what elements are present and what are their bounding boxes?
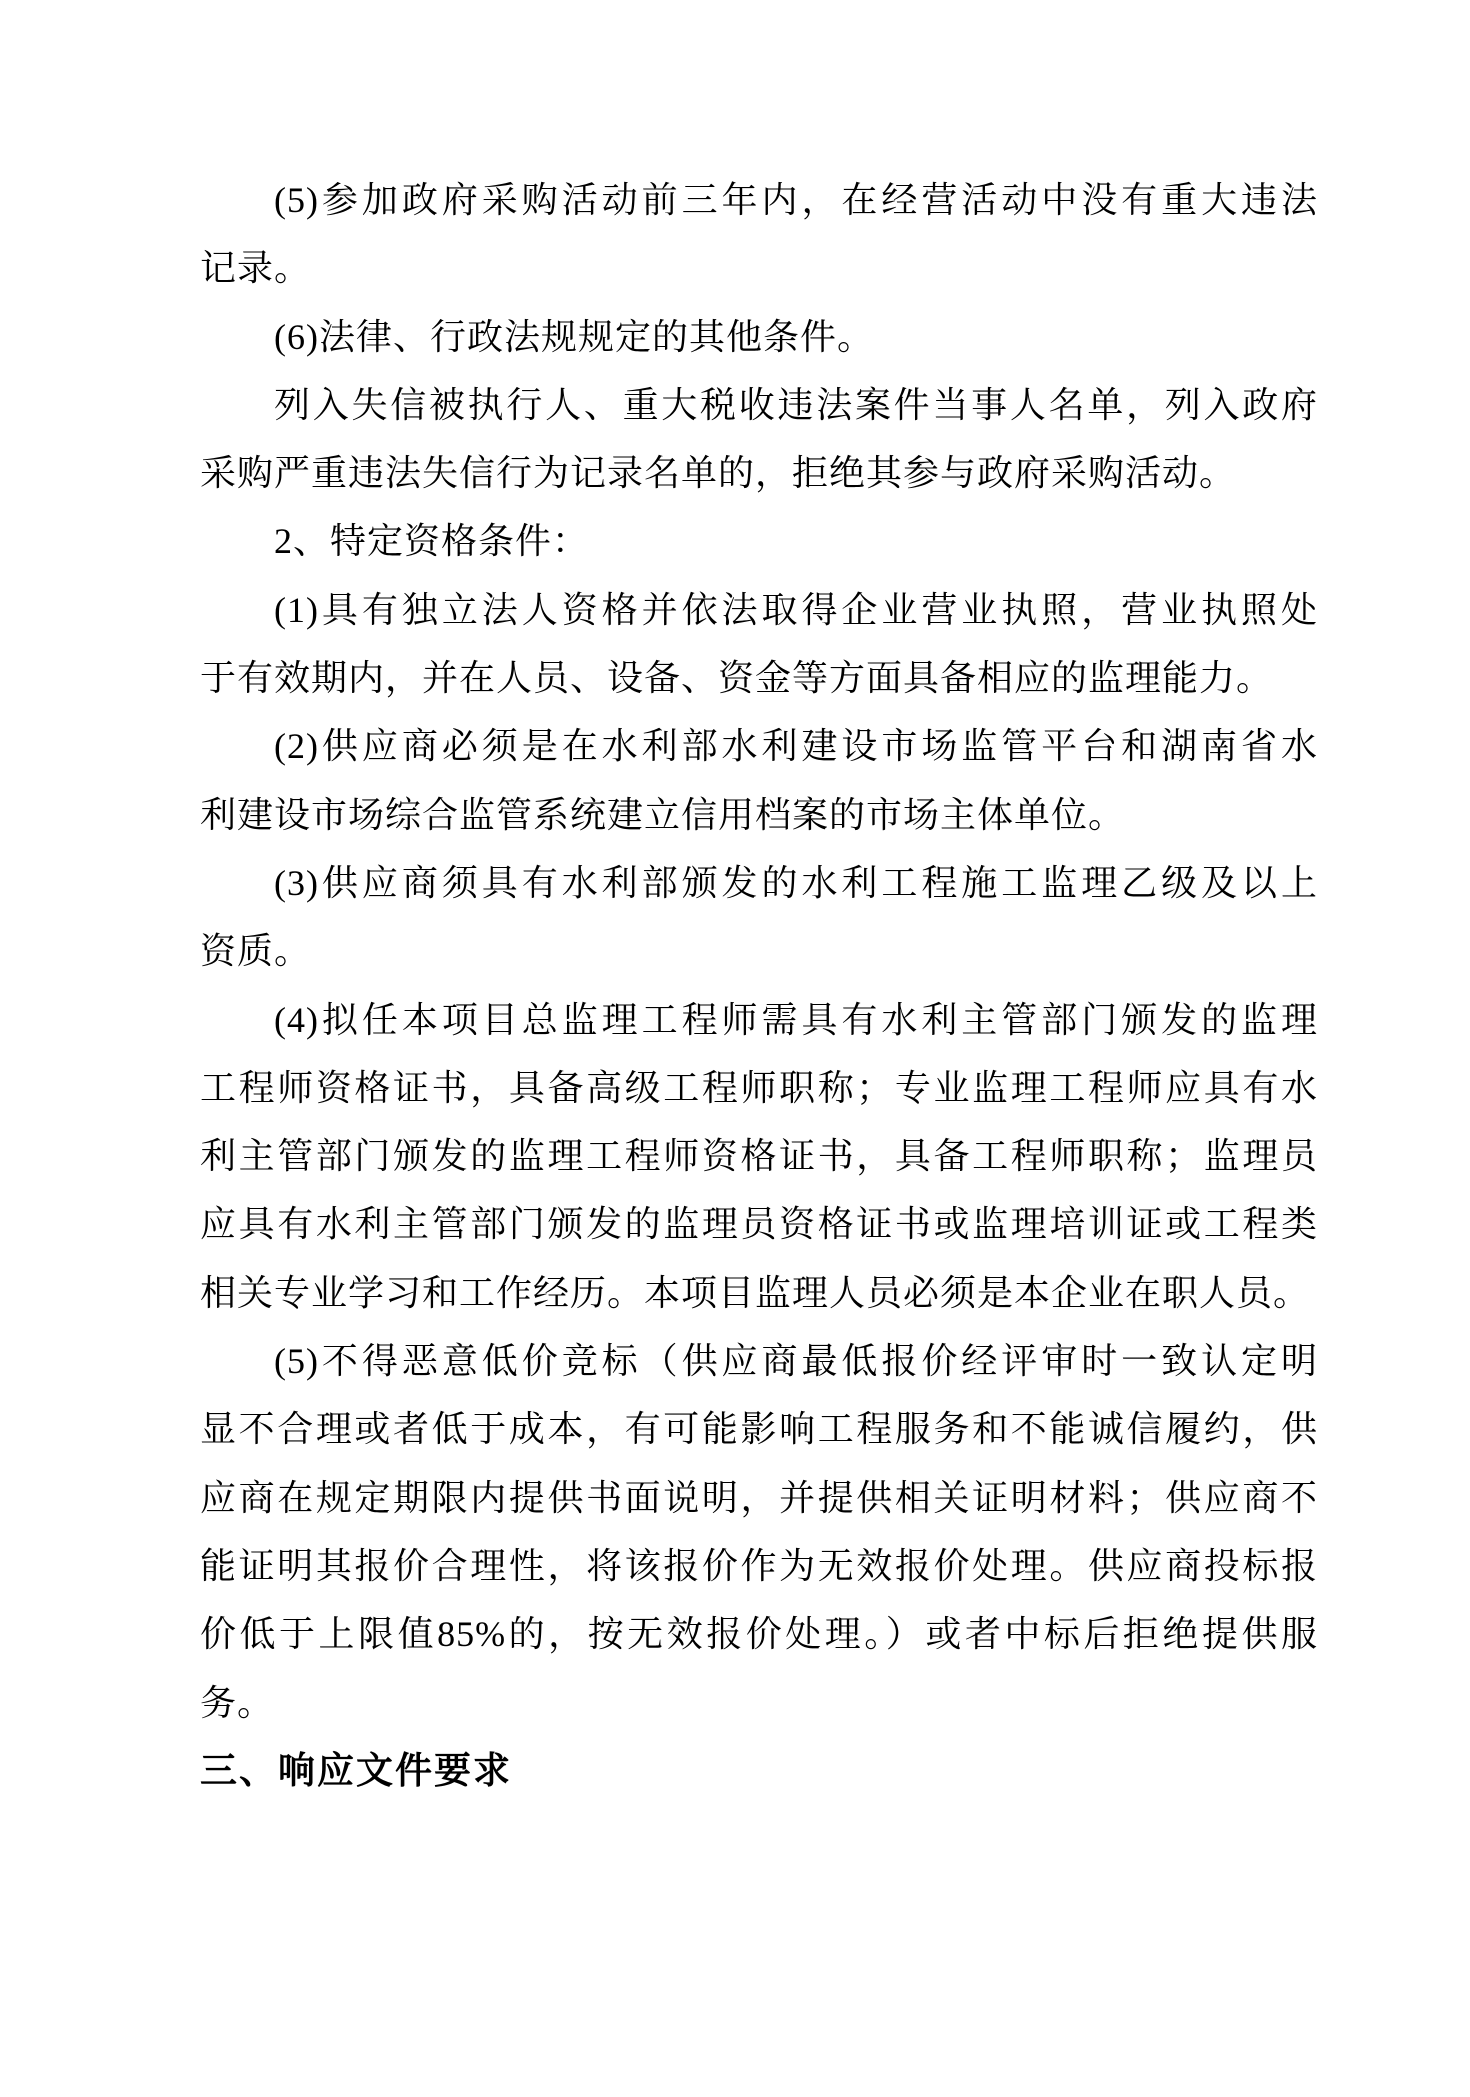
document-page: (5)参加政府采购活动前三年内，在经营活动中没有重大违法记录。(6)法律、行政法… [0, 0, 1470, 2097]
text-line: (5)参加政府采购活动前三年内，在经营活动中没有重大违法 [200, 166, 1318, 234]
text-line: 价低于上限值85%的，按无效报价处理。）或者中标后拒绝提供服 [200, 1600, 1318, 1668]
text-line: 记录。 [200, 234, 1318, 302]
text-line: (5)不得恶意低价竞标（供应商最低报价经评审时一致认定明 [200, 1327, 1318, 1395]
text-line: 利主管部门颁发的监理工程师资格证书，具备工程师职称；监理员 [200, 1122, 1318, 1190]
text-line: 2、特定资格条件： [200, 507, 1318, 575]
text-line: 利建设市场综合监管系统建立信用档案的市场主体单位。 [200, 781, 1318, 849]
text-line: (1)具有独立法人资格并依法取得企业营业执照，营业执照处 [200, 576, 1318, 644]
text-line: (4)拟任本项目总监理工程师需具有水利主管部门颁发的监理 [200, 986, 1318, 1054]
text-line: 相关专业学习和工作经历。本项目监理人员必须是本企业在职人员。 [200, 1259, 1318, 1327]
text-line: (6)法律、行政法规规定的其他条件。 [200, 303, 1318, 371]
text-line: 采购严重违法失信行为记录名单的，拒绝其参与政府采购活动。 [200, 439, 1318, 507]
text-line: 显不合理或者低于成本，有可能影响工程服务和不能诚信履约，供 [200, 1395, 1318, 1463]
text-line: (2)供应商必须是在水利部水利建设市场监管平台和湖南省水 [200, 712, 1318, 780]
section-heading: 三、响应文件要求 [200, 1737, 1318, 1805]
text-line: 资质。 [200, 917, 1318, 985]
text-line: 工程师资格证书，具备高级工程师职称；专业监理工程师应具有水 [200, 1054, 1318, 1122]
document-text-block: (5)参加政府采购活动前三年内，在经营活动中没有重大违法记录。(6)法律、行政法… [200, 166, 1318, 1805]
text-line: 列入失信被执行人、重大税收违法案件当事人名单，列入政府 [200, 371, 1318, 439]
text-line: 应具有水利主管部门颁发的监理员资格证书或监理培训证或工程类 [200, 1190, 1318, 1258]
text-line: (3)供应商须具有水利部颁发的水利工程施工监理乙级及以上 [200, 849, 1318, 917]
text-line: 能证明其报价合理性，将该报价作为无效报价处理。供应商投标报 [200, 1532, 1318, 1600]
text-line: 务。 [200, 1669, 1318, 1737]
text-line: 于有效期内，并在人员、设备、资金等方面具备相应的监理能力。 [200, 644, 1318, 712]
text-line: 应商在规定期限内提供书面说明，并提供相关证明材料；供应商不 [200, 1464, 1318, 1532]
